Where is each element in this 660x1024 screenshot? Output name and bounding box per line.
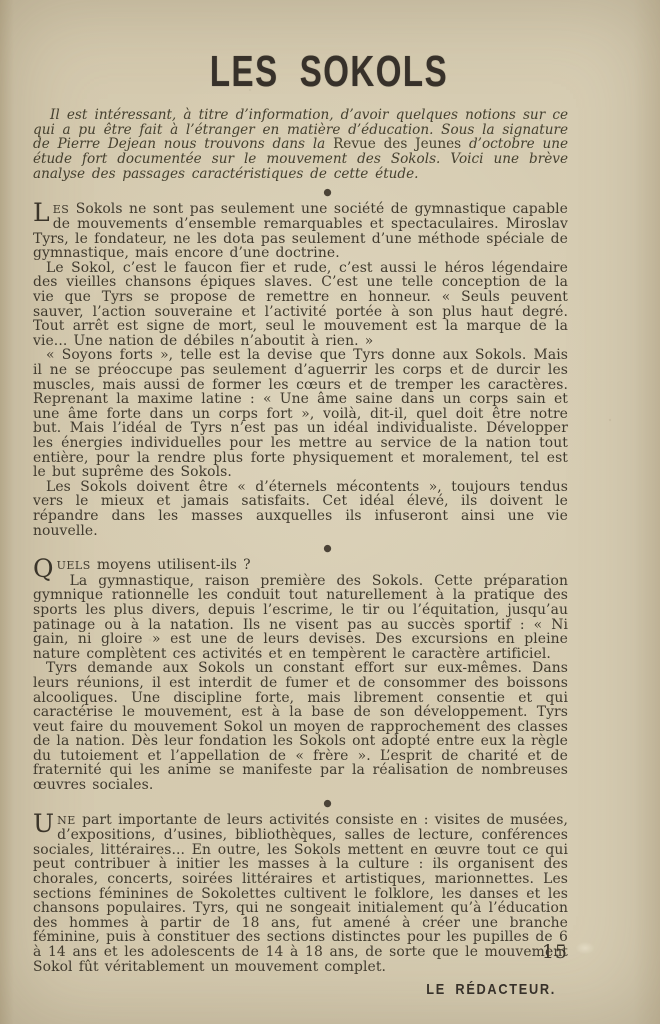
section-activites: UNE part importante de leurs activités c… (33, 813, 568, 975)
body-paragraph: Tyrs demande aux Sokols un constant effo… (33, 661, 568, 792)
dropcap-initial: Q (33, 558, 54, 585)
body-paragraph: QUELS moyens utilisent-ils ? (33, 558, 568, 574)
section-sokols-doctrine: LES Sokols ne sont pas seulement une soc… (33, 202, 568, 539)
signature: LE RÉDACTEUR. (111, 981, 556, 998)
page-number: 15 (542, 941, 568, 963)
body-paragraph: UNE part importante de leurs activités c… (33, 813, 568, 975)
separator-dot-icon: ● (33, 797, 568, 810)
intro-paragraph: Il est intéressant, à titre d’informatio… (33, 108, 568, 182)
page-title: LES SOKOLS (128, 50, 529, 94)
paragraph-text: Sokols ne sont pas seulement une société… (33, 201, 568, 262)
body-paragraph: LES Sokols ne sont pas seulement une soc… (33, 202, 568, 261)
separator-dot-icon: ● (33, 186, 568, 199)
separator-dot-icon: ● (33, 542, 568, 555)
lead-small-caps: ES (53, 203, 70, 216)
section-moyens: QUELS moyens utilisent-ils ? La gymnasti… (33, 558, 568, 793)
journal-name: Revue des Jeunes (333, 136, 461, 152)
body-paragraph: Le Sokol, c’est le faucon fier et rude, … (33, 261, 568, 349)
body-paragraph: La gymnastique, raison première des Soko… (33, 574, 568, 662)
paragraph-text: part importante de leurs activités consi… (33, 812, 568, 975)
lead-small-caps: NE (57, 814, 76, 827)
body-paragraph: « Soyons forts », telle est la devise qu… (33, 348, 568, 479)
paragraph-text: moyens utilisent-ils ? (91, 557, 251, 573)
dropcap-initial: U (33, 813, 54, 840)
dropcap-initial: L (33, 202, 50, 229)
body-paragraph: Les Sokols doivent être « d’éternels méc… (33, 480, 568, 538)
lead-small-caps: UELS (57, 559, 91, 572)
scanned-page: LES SOKOLS Il est intéressant, à titre d… (33, 0, 568, 998)
